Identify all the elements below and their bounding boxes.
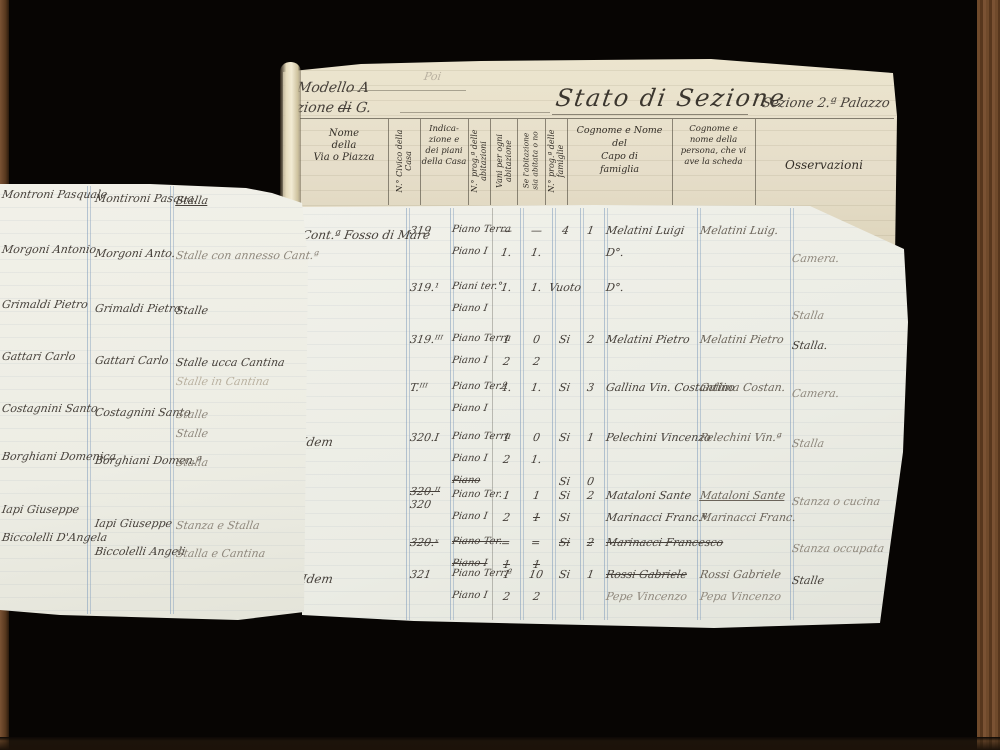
left-register-page [0,0,312,640]
table-wood-edge-bottom [0,737,1000,750]
table-wood-edge-right [977,0,1000,750]
paper-ruling [294,202,912,632]
photo-of-register: Modello A Poi azione di G. Stato di Sezi… [0,0,1000,750]
paper-ruling [0,0,312,640]
main-register-page [294,202,912,632]
